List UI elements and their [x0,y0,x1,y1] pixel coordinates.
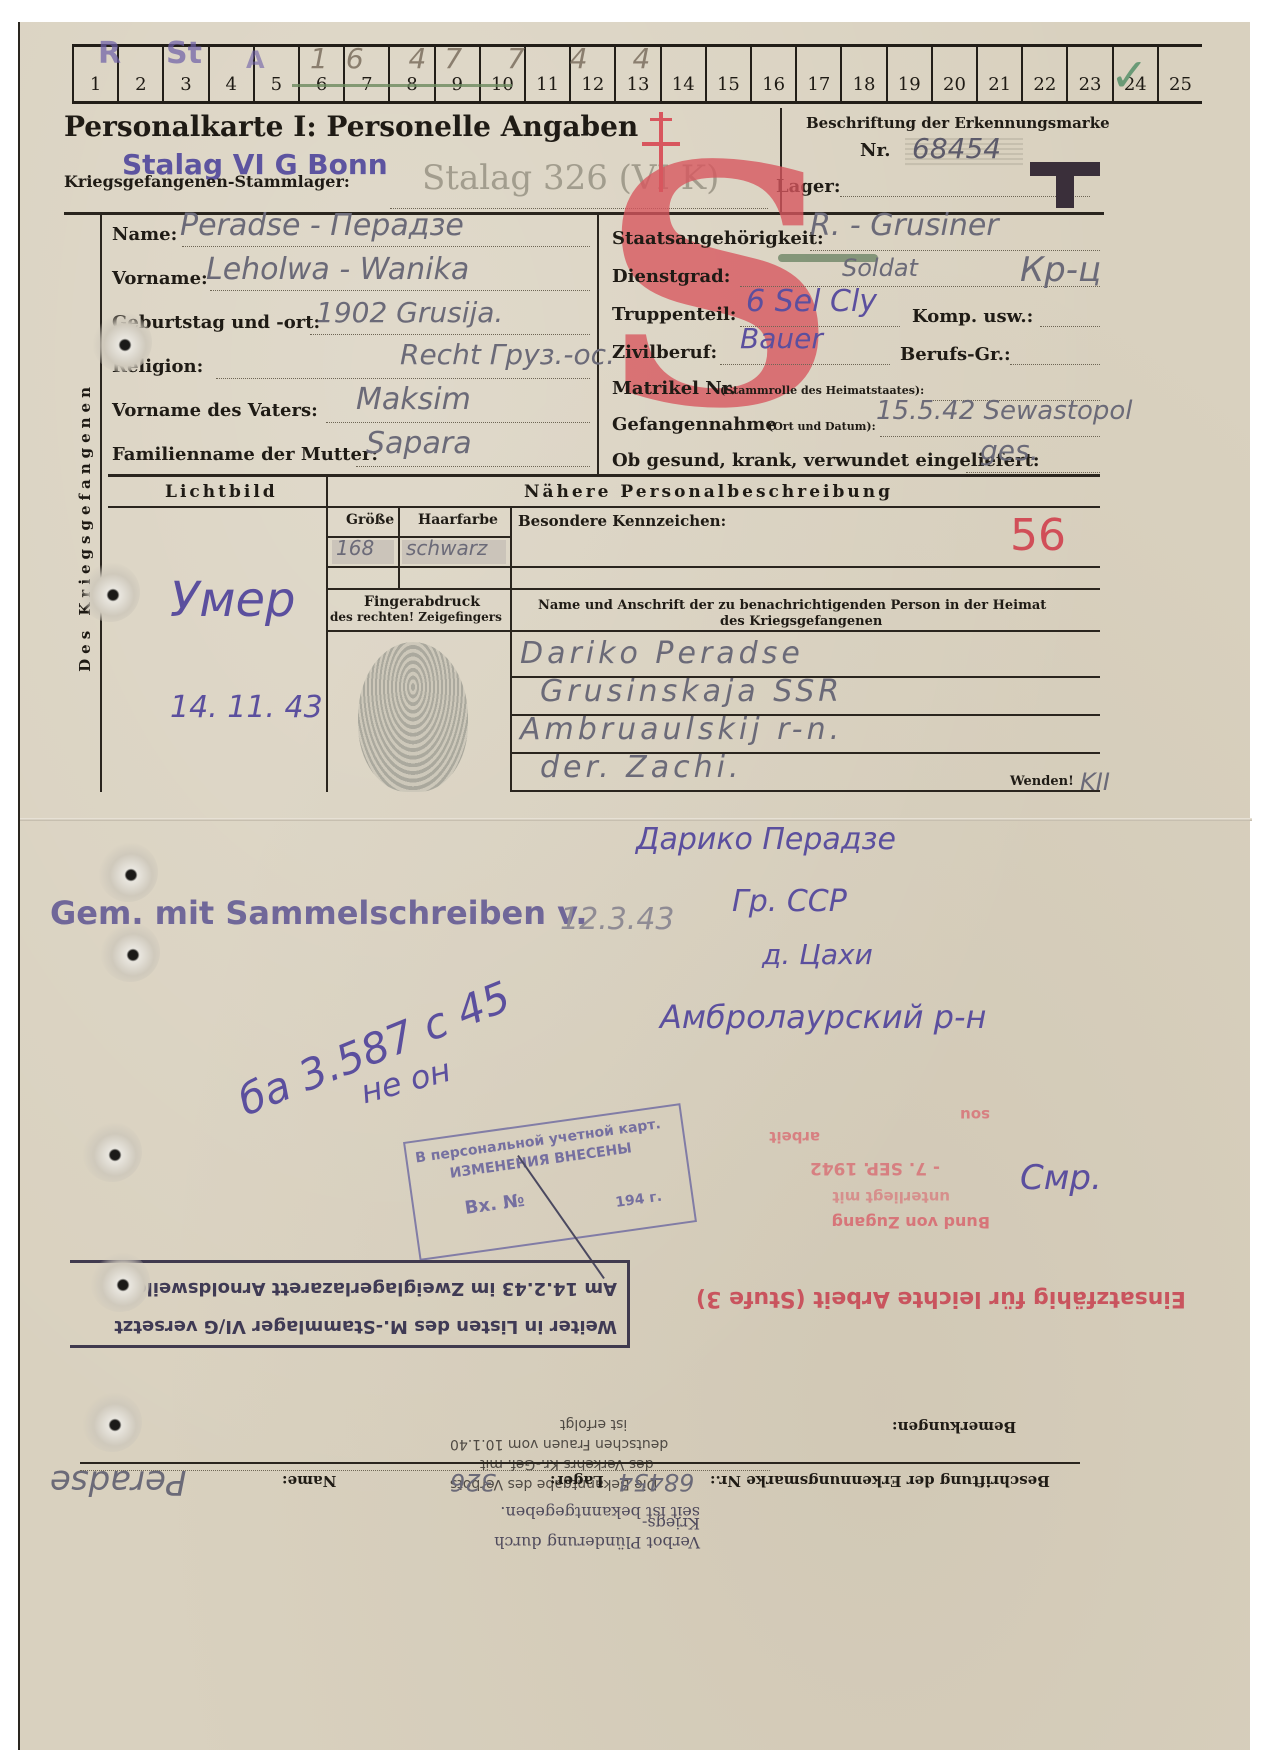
dienstgrad-label: Dienstgrad: [612,266,730,287]
punch-hole [82,1122,142,1182]
footer-lager-value: 326 [450,1468,496,1496]
strip-number: 13 [627,74,650,95]
gesund-label: Ob gesund, krank, verwundet eingeliefert… [612,450,1040,471]
section-title: Nähere Personalbeschreibung [524,482,893,502]
strip-number: 21 [988,74,1011,95]
strip-number: 19 [898,74,921,95]
strip-handwriting: 16 47 7 4 4 [310,42,668,75]
strip-cell: 2 [117,47,162,101]
kontakt-label-1: Name und Anschrift der zu benachrichtige… [538,598,1046,613]
lichtbild-label: Lichtbild [165,482,278,502]
russian-line-4: Амбролаурский р-н [660,998,986,1036]
gefangennahme-sub: (Ort und Datum): [768,420,876,433]
staat-label: Staatsangehörigkeit: [612,228,824,249]
kontakt-label-2: des Kriegsgefangenen [720,614,882,629]
black-t-mark [1020,162,1110,208]
strip-number: 1 [90,74,101,95]
punch-hole [82,1392,142,1452]
haarfarbe-label: Haarfarbe [418,512,498,528]
vertical-label: Des Kriegsgefangenen [76,382,94,672]
nr-value: 68454 [912,132,1001,165]
strip-number: 5 [271,74,282,95]
komp-label: Komp. usw.: [912,306,1033,327]
strip-number: 11 [536,74,559,95]
strip-number: 17 [807,74,830,95]
kontakt-line[interactable]: Dariko Peradse [520,636,804,671]
lichtbild-note: Умер [170,572,295,628]
kennzeichen-red-number: 56 [1010,510,1066,561]
berufsgr-label: Berufs-Gr.: [900,344,1011,365]
vater-label: Vorname des Vaters: [112,400,318,421]
strip-stamp-a: A [246,46,265,74]
erkennungsmarke-label: Beschriftung der Erkennungsmarke [806,114,1110,132]
russian-line-3: д. Цахи [762,938,873,971]
strip-cell: 18 [840,47,885,101]
staat-value[interactable]: R. - Grusiner [810,208,999,243]
strip-number: 3 [180,74,191,95]
strip-number: 12 [581,74,604,95]
groesse-value[interactable]: 168 [336,536,374,560]
name-label: Name: [112,224,177,245]
mutter-value[interactable]: Sapara [366,426,472,461]
russian-rect-stamp: В персональной учетной карт. ИЗМЕНЕНИЯ В… [403,1103,697,1261]
strip-number: 18 [853,74,876,95]
strip-cell: 22 [1021,47,1066,101]
strip-number: 14 [672,74,695,95]
kennzeichen-label: Besondere Kennzeichen: [518,512,726,530]
kontakt-line[interactable]: Ambruaulskij r-n. [520,712,843,747]
strip-stamp-st: St [166,36,202,71]
nr-label: Nr. [860,140,891,161]
gesund-value[interactable]: ges. [980,434,1039,467]
inverted-red-line: Einsatzfähig für leichte Arbeit (Stufe 3… [696,1286,1186,1311]
fingerprint [358,642,468,792]
strip-stamp-r: R [98,36,121,71]
name-value[interactable]: Peradse - Перадзе [180,208,464,243]
fold-line [20,818,1252,821]
mutter-label: Familienname der Mutter: [112,444,378,465]
signature-right: Смр. [1020,1158,1102,1198]
zivilberuf-label: Zivilberuf: [612,342,717,363]
footer-name-label: Name: [282,1472,336,1490]
geburt-value[interactable]: 1902 Grusija. [316,296,503,329]
strip-number: 2 [135,74,146,95]
russian-line-1: Дарико Перадзе [636,822,896,857]
kontakt-line[interactable]: der. Zachi. [540,750,742,785]
footer-marke-value: 68454 [618,1468,694,1496]
red-cross-mark [638,112,684,192]
strip-cell: 23 [1066,47,1111,101]
vorname-value[interactable]: Leholwa - Wanika [206,252,469,287]
footer-name-value: Peradse [50,1462,186,1502]
punch-hole [98,842,158,902]
gefangennahme-label: Gefangennahme [612,414,777,435]
green-check-mark: ✓ [1110,48,1149,102]
strip-cell: 25 [1157,47,1202,101]
russian-line-2: Гр. ССР [732,884,847,919]
haarfarbe-value[interactable]: schwarz [406,536,487,560]
strip-number: 22 [1033,74,1056,95]
wenden-label: Wenden! [1010,774,1074,789]
punch-hole [100,922,160,982]
sammelschreiben-date: 12.3.43 [560,902,675,937]
strip-number: 16 [762,74,785,95]
dienstgrad-value[interactable]: Soldat [842,254,918,282]
card-title: Personalkarte I: Personelle Angaben [64,110,638,143]
punch-hole [90,1252,150,1312]
dienstgrad-note: Кр-ц [1020,250,1101,290]
truppenteil-value[interactable]: 6 Sel Cly [746,284,877,319]
bemerkungen-label: Bemerkungen: [892,1418,1016,1436]
inverted-notice: Die Bekanntgabe des Verbots des Verkehrs… [440,1322,900,1492]
footer-lager-label: Lager: [550,1472,604,1490]
strip-number: 4 [225,74,236,95]
strip-cell: 19 [886,47,931,101]
stammlager-label: Kriegsgefangenen-Stammlager: [64,172,350,191]
personnel-card: 1234567891011121314151617181920212223242… [18,22,1250,1750]
fingerabdruck-label-1: Fingerabdruck [364,594,480,610]
punch-hole [80,562,140,622]
red-date-stamp: Bund von Zugang unterliegt mit - 7. SEP.… [720,1092,1020,1232]
strip-strike-line [292,84,512,87]
vorname-label: Vorname: [112,268,208,289]
fingerabdruck-label-2: des rechten! Zeigefingers [330,610,502,624]
footer-marke-label: Beschriftung der Erkennungsmarke Nr.: [710,1472,1050,1490]
matrikel-label: Matrikel Nr. [612,378,736,399]
zivilberuf-value[interactable]: Bauer [740,322,823,355]
lichtbild-date: 14. 11. 43 [170,690,323,725]
punch-hole [92,312,152,372]
strip-cell: 21 [976,47,1021,101]
strip-number: 20 [943,74,966,95]
kii-mark: KII [1080,768,1110,796]
groesse-label: Größe [346,512,394,528]
strip-number: 15 [717,74,740,95]
gefangennahme-value[interactable]: 15.5.42 Sewastopol [876,396,1132,426]
strip-cell: 20 [931,47,976,101]
vater-value[interactable]: Maksim [356,382,471,417]
strip-number: 25 [1169,74,1192,95]
strip-number: 23 [1079,74,1102,95]
kontakt-line[interactable]: Grusinskaja SSR [540,674,843,709]
religion-value[interactable]: Recht Груз.-ос. [400,338,615,371]
truppenteil-label: Truppenteil: [612,304,736,325]
